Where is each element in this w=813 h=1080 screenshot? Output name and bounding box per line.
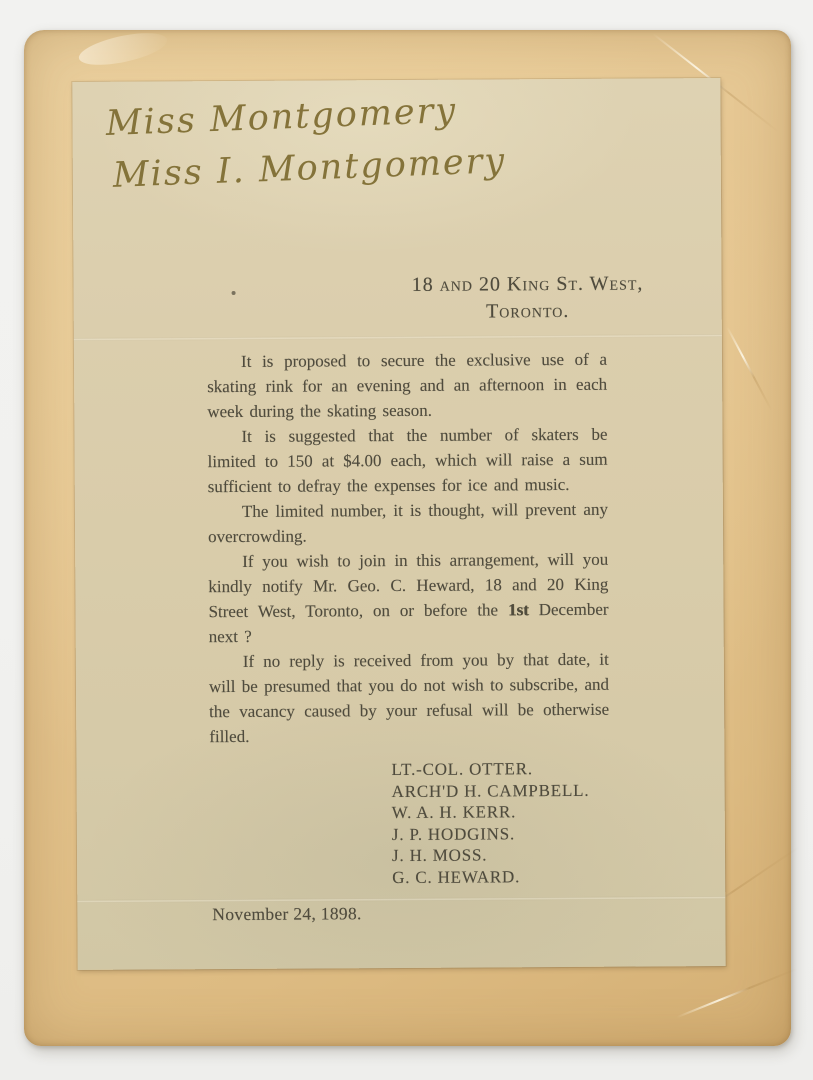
- signatory-name: G. C. HEWARD.: [392, 865, 590, 888]
- signatory-name: J. H. MOSS.: [392, 844, 590, 867]
- letterhead-line: Toronto.: [326, 297, 730, 326]
- text-segment: 1st: [508, 600, 529, 619]
- mount-card: Miss MontgomeryMiss I. Montgomery 18 and…: [24, 30, 791, 1046]
- fold-line: [74, 334, 722, 341]
- signatory-name: W. A. H. KERR.: [392, 801, 590, 824]
- signatory-name: J. P. HODGINS.: [392, 822, 590, 845]
- scanned-document: Miss MontgomeryMiss I. Montgomery 18 and…: [0, 0, 813, 1080]
- paragraph: If you wish to join in this arrangement,…: [208, 547, 609, 649]
- paragraph: The limited number, it is thought, will …: [208, 497, 608, 549]
- signatory-name: LT.-COL. OTTER.: [391, 758, 589, 781]
- signature-list: LT.-COL. OTTER.ARCH'D H. CAMPBELL.W. A. …: [391, 758, 590, 888]
- signatory-name: ARCH'D H. CAMPBELL.: [392, 779, 590, 802]
- crease-mark: [676, 968, 797, 1019]
- handwriting-block: Miss MontgomeryMiss I. Montgomery: [105, 83, 507, 202]
- paragraph: It is suggested that the number of skate…: [207, 422, 607, 499]
- letter-paper: Miss MontgomeryMiss I. Montgomery 18 and…: [72, 78, 725, 970]
- corner-wear-mark: [76, 27, 169, 71]
- paragraph: If no reply is received from you by that…: [209, 647, 610, 749]
- text-segment: The limited number, it is thought, will …: [208, 500, 608, 546]
- ink-speck: [232, 291, 236, 295]
- text-segment: If no reply is received from you by that…: [209, 650, 609, 746]
- letterhead: 18 and 20 King St. West,Toronto.: [325, 270, 729, 326]
- text-segment: It is proposed to secure the exclusive u…: [207, 350, 607, 421]
- fold-line: [77, 896, 725, 903]
- letterhead-line: 18 and 20 King St. West,: [325, 270, 729, 299]
- body-paragraphs: It is proposed to secure the exclusive u…: [207, 347, 609, 749]
- crease-mark: [726, 327, 772, 412]
- paragraph: It is proposed to secure the exclusive u…: [207, 347, 607, 424]
- text-segment: It is suggested that the number of skate…: [208, 425, 608, 496]
- date-line: November 24, 1898.: [212, 903, 361, 925]
